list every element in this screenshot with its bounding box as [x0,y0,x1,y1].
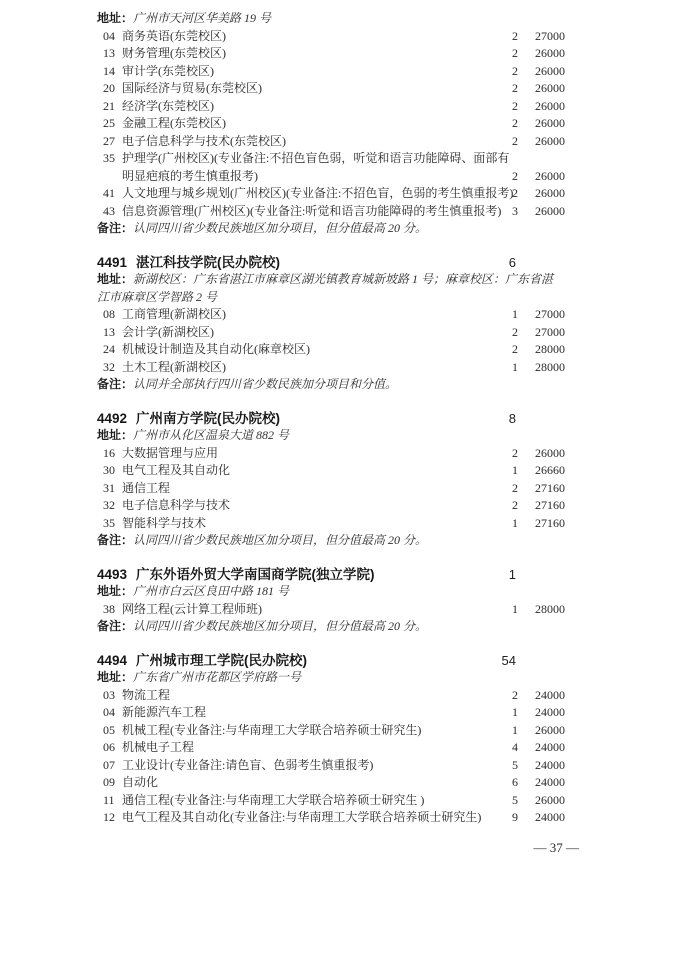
remark-label: 备注： [97,619,133,633]
address-line: 地址：广州市白云区良田中路 181 号 [97,583,565,601]
course-fee: 26000 [535,133,565,151]
course-code: 16 [103,445,122,463]
course-row: 38网络工程(云计算工程师班)128000 [103,601,565,619]
section-name: 广东外语外贸大学南国商学院(独立学院) [136,567,375,582]
course-fee: 27160 [535,480,565,498]
course-row: 04商务英语(东莞校区)227000 [103,28,565,46]
course-name: 电气工程及其自动化(专业备注:与华南理工大学联合培养硕士研究生) [122,809,514,827]
course-code: 43 [103,203,122,221]
course-name: 审计学(东莞校区) [122,63,514,81]
section-header: 4492广州南方学院(民办院校)8 [97,410,565,428]
course-code: 27 [103,133,122,151]
course-quota: 2 [512,45,518,63]
address-label: 地址： [97,428,133,442]
course-code: 35 [103,150,122,168]
course-quota: 1 [512,306,518,324]
course-row: 06机械电子工程424000 [103,739,565,757]
course-code: 08 [103,306,122,324]
course-code: 31 [103,480,122,498]
course-quota: 1 [512,601,518,619]
section-total: 8 [509,410,516,428]
course-quota: 2 [512,185,518,203]
address-label: 地址： [97,272,133,286]
section-header: 4491湛江科技学院(民办院校)6 [97,254,565,272]
course-fee: 26000 [535,792,565,810]
course-quota: 2 [512,341,518,359]
course-quota: 9 [512,809,518,827]
course-quota: 1 [512,722,518,740]
course-name: 新能源汽车工程 [122,704,514,722]
remark-line: 备注：认同四川省少数民族地区加分项目，但分值最高 20 分。 [97,220,565,238]
section-total: 6 [509,254,516,272]
address-line: 地址：新湖校区：广东省湛江市麻章区湖光镇教育城新坡路 1 号；麻章校区：广东省湛… [97,271,565,306]
section-header: 4493广东外语外贸大学南国商学院(独立学院)1 [97,566,565,584]
course-quota: 3 [512,203,518,221]
course-fee: 26000 [535,185,565,203]
course-fee: 27160 [535,515,565,533]
course-fee: 28000 [535,359,565,377]
course-row: 09自动化624000 [103,774,565,792]
course-fee: 26000 [535,203,565,221]
course-row: 20国际经济与贸易(东莞校区)226000 [103,80,565,98]
course-name: 会计学(新湖校区) [122,324,514,342]
course-quota: 2 [512,324,518,342]
section-block: 4492广州南方学院(民办院校)8 地址：广州市从化区温泉大道 882 号 16… [97,410,565,550]
course-row: 32土木工程(新湖校区)128000 [103,359,565,377]
section-name: 湛江科技学院(民办院校) [136,255,280,270]
course-fee: 26000 [535,45,565,63]
course-code: 13 [103,324,122,342]
course-row: 11通信工程(专业备注:与华南理工大学联合培养硕士研究生 )526000 [103,792,565,810]
course-quota: 2 [512,115,518,133]
remark-label: 备注： [97,533,133,547]
course-quota: 1 [512,704,518,722]
course-fee: 26000 [535,722,565,740]
course-fee: 24000 [535,774,565,792]
course-row: 24机械设计制造及其自动化(麻章校区)228000 [103,341,565,359]
course-name: 机械工程(专业备注:与华南理工大学联合培养硕士研究生) [122,722,514,740]
course-name: 国际经济与贸易(东莞校区) [122,80,514,98]
course-row: 07工业设计(专业备注:请色盲、色弱考生慎重报考)524000 [103,757,565,775]
remark-text: 认同四川省少数民族地区加分项目，但分值最高 20 分。 [133,619,427,633]
course-name: 通信工程(专业备注:与华南理工大学联合培养硕士研究生 ) [122,792,514,810]
address-text: 广州市从化区温泉大道 882 号 [133,428,289,442]
address-label: 地址： [97,584,133,598]
section-code: 4493 [97,566,127,584]
course-fee: 27000 [535,306,565,324]
course-code: 32 [103,497,122,515]
course-quota: 2 [512,687,518,705]
section-block: 4493广东外语外贸大学南国商学院(独立学院)1 地址：广州市白云区良田中路 1… [97,566,565,636]
course-code: 03 [103,687,122,705]
course-quota: 2 [512,168,518,186]
address-line: 地址：广州市从化区温泉大道 882 号 [97,427,565,445]
course-fee: 27000 [535,28,565,46]
course-code: 09 [103,774,122,792]
course-fee: 26660 [535,462,565,480]
course-fee: 26000 [535,63,565,81]
section-block: 地址：广州市天河区华美路 19 号 04商务英语(东莞校区)227000 13财… [97,10,565,238]
course-row: 41人文地理与城乡规划(广州校区)(专业备注:不招色盲，色弱的考生慎重报考)22… [103,185,565,203]
course-code: 38 [103,601,122,619]
course-code: 25 [103,115,122,133]
course-row: 27电子信息科学与技术(东莞校区)226000 [103,133,565,151]
course-row: 35护理学(广州校区)(专业备注:不招色盲色弱，听觉和语言功能障碍、面部有明显疤… [103,150,565,185]
remark-line: 备注：认同四川省少数民族地区加分项目，但分值最高 20 分。 [97,532,565,550]
course-row: 21经济学(东莞校区)226000 [103,98,565,116]
course-quota: 2 [512,98,518,116]
document-page: 地址：广州市天河区华美路 19 号 04商务英语(东莞校区)227000 13财… [0,0,680,961]
course-code: 14 [103,63,122,81]
section-name: 广州城市理工学院(民办院校) [136,653,307,668]
course-code: 30 [103,462,122,480]
course-quota: 6 [512,774,518,792]
course-name: 网络工程(云计算工程师班) [122,601,514,619]
course-quota: 2 [512,63,518,81]
course-name: 土木工程(新湖校区) [122,359,514,377]
course-quota: 1 [512,359,518,377]
course-name: 信息资源管理(广州校区)(专业备注:听觉和语言功能障碍的考生慎重报考) [122,203,514,221]
remark-text: 认同并全部执行四川省少数民族加分项目和分值。 [133,377,397,391]
course-quota: 2 [512,480,518,498]
course-row: 30电气工程及其自动化126660 [103,462,565,480]
course-row: 03物流工程224000 [103,687,565,705]
address-line: 地址：广州市天河区华美路 19 号 [97,10,565,28]
course-fee: 26000 [535,98,565,116]
course-code: 35 [103,515,122,533]
section-block: 4491湛江科技学院(民办院校)6 地址：新湖校区：广东省湛江市麻章区湖光镇教育… [97,254,565,394]
course-name: 大数据管理与应用 [122,445,514,463]
course-code: 32 [103,359,122,377]
course-code: 04 [103,704,122,722]
remark-label: 备注： [97,377,133,391]
course-quota: 2 [512,28,518,46]
course-fee: 27160 [535,497,565,515]
course-name: 智能科学与技术 [122,515,514,533]
remark-line: 备注：认同四川省少数民族地区加分项目，但分值最高 20 分。 [97,618,565,636]
course-fee: 26000 [535,80,565,98]
section-total: 54 [502,652,516,670]
course-row: 16大数据管理与应用226000 [103,445,565,463]
course-quota: 2 [512,445,518,463]
course-code: 04 [103,28,122,46]
course-row: 32电子信息科学与技术227160 [103,497,565,515]
course-code: 24 [103,341,122,359]
course-code: 07 [103,757,122,775]
section-total: 1 [509,566,516,584]
course-fee: 24000 [535,809,565,827]
course-row: 04新能源汽车工程124000 [103,704,565,722]
course-fee: 28000 [535,341,565,359]
course-name: 电子信息科学与技术 [122,497,514,515]
course-name: 自动化 [122,774,514,792]
course-quota: 5 [512,792,518,810]
course-row: 05机械工程(专业备注:与华南理工大学联合培养硕士研究生)126000 [103,722,565,740]
course-name: 工商管理(新湖校区) [122,306,514,324]
section-code: 4492 [97,410,127,428]
course-quota: 1 [512,515,518,533]
course-name: 经济学(东莞校区) [122,98,514,116]
course-row: 14审计学(东莞校区)226000 [103,63,565,81]
course-row: 43信息资源管理(广州校区)(专业备注:听觉和语言功能障碍的考生慎重报考)326… [103,203,565,221]
course-code: 05 [103,722,122,740]
course-name: 商务英语(东莞校区) [122,28,514,46]
course-quota: 2 [512,80,518,98]
section-code: 4491 [97,254,127,272]
course-row: 13会计学(新湖校区)227000 [103,324,565,342]
course-code: 41 [103,185,122,203]
course-row: 25金融工程(东莞校区)226000 [103,115,565,133]
section-code: 4494 [97,652,127,670]
course-code: 20 [103,80,122,98]
course-name: 机械设计制造及其自动化(麻章校区) [122,341,514,359]
course-fee: 24000 [535,704,565,722]
address-label: 地址： [97,11,133,25]
section-block: 4494广州城市理工学院(民办院校)54 地址：广东省广州市花都区学府路一号 0… [97,652,565,827]
course-quota: 2 [512,497,518,515]
course-fee: 24000 [535,757,565,775]
course-code: 13 [103,45,122,63]
course-fee: 24000 [535,687,565,705]
address-text: 广州市天河区华美路 19 号 [133,11,271,25]
course-row: 12电气工程及其自动化(专业备注:与华南理工大学联合培养硕士研究生)924000 [103,809,565,827]
course-quota: 5 [512,757,518,775]
course-code: 12 [103,809,122,827]
course-row: 31通信工程227160 [103,480,565,498]
course-fee: 26000 [535,115,565,133]
course-quota: 1 [512,462,518,480]
course-name: 人文地理与城乡规划(广州校区)(专业备注:不招色盲，色弱的考生慎重报考) [122,185,514,203]
course-name: 电子信息科学与技术(东莞校区) [122,133,514,151]
course-quota: 4 [512,739,518,757]
remark-label: 备注： [97,221,133,235]
remark-line: 备注：认同并全部执行四川省少数民族加分项目和分值。 [97,376,565,394]
course-code: 06 [103,739,122,757]
section-name: 广州南方学院(民办院校) [136,411,280,426]
address-label: 地址： [97,670,133,684]
course-fee: 24000 [535,739,565,757]
course-name: 机械电子工程 [122,739,514,757]
address-text: 新湖校区：广东省湛江市麻章区湖光镇教育城新坡路 1 号；麻章校区：广东省湛江市麻… [97,272,553,304]
address-text: 广州市白云区良田中路 181 号 [133,584,289,598]
course-name: 工业设计(专业备注:请色盲、色弱考生慎重报考) [122,757,514,775]
address-text: 广东省广州市花都区学府路一号 [133,670,301,684]
course-quota: 2 [512,133,518,151]
course-row: 13财务管理(东莞校区)226000 [103,45,565,63]
course-row: 08工商管理(新湖校区)127000 [103,306,565,324]
address-line: 地址：广东省广州市花都区学府路一号 [97,669,565,687]
course-fee: 28000 [535,601,565,619]
course-name: 通信工程 [122,480,514,498]
section-header: 4494广州城市理工学院(民办院校)54 [97,652,565,670]
course-name: 物流工程 [122,687,514,705]
course-name: 护理学(广州校区)(专业备注:不招色盲色弱，听觉和语言功能障碍、面部有明显疤痕的… [122,150,514,185]
course-fee: 27000 [535,324,565,342]
course-code: 21 [103,98,122,116]
course-name: 财务管理(东莞校区) [122,45,514,63]
remark-text: 认同四川省少数民族地区加分项目，但分值最高 20 分。 [133,221,427,235]
course-row: 35智能科学与技术127160 [103,515,565,533]
course-code: 11 [103,792,122,810]
page-number: — 37 — [97,839,579,857]
remark-text: 认同四川省少数民族地区加分项目，但分值最高 20 分。 [133,533,427,547]
course-fee: 26000 [535,445,565,463]
course-name: 电气工程及其自动化 [122,462,514,480]
course-fee: 26000 [535,168,565,186]
course-name: 金融工程(东莞校区) [122,115,514,133]
